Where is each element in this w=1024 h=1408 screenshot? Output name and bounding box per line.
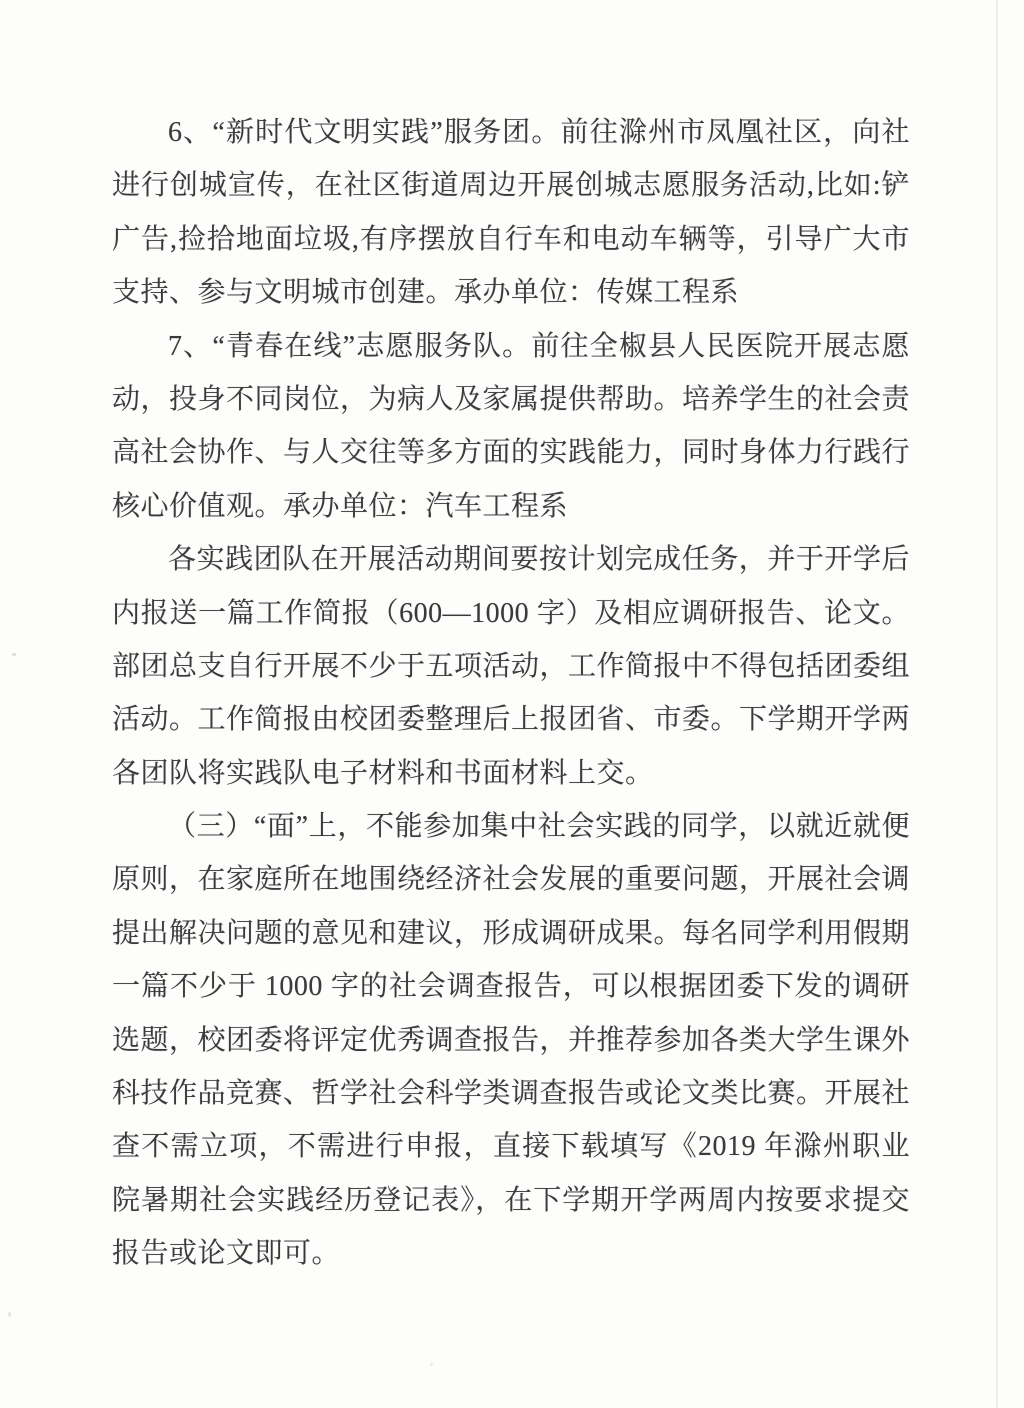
text-line: 选题，校团委将评定优秀调查报告，并推荐参加各类大学生课外学术 <box>112 1014 910 1067</box>
text-line: 进行创城宣传，在社区街道周边开展创城志愿服务活动,比如:铲除墙体小 <box>112 159 910 212</box>
scan-speck <box>8 1312 11 1317</box>
text-line: 支持、参与文明城市创建。承办单位：传媒工程系 <box>112 266 910 319</box>
text-line: （三）“面”上，不能参加集中社会实践的同学，以就近就便为 <box>112 800 910 853</box>
text-line: 提出解决问题的意见和建议，形成调研成果。每名同学利用假期完成 <box>112 907 910 960</box>
text-line: 动，投身不同岗位，为病人及家属提供帮助。培养学生的社会责任感，提 <box>112 373 910 426</box>
text-line: 院暑期社会实践经历登记表》，在下学期开学两周内按要求提交调查 <box>112 1174 910 1227</box>
text-line: 核心价值观。承办单位：汽车工程系 <box>112 480 910 533</box>
text-line: 6、“新时代文明实践”服务团。前往滁州市凤凰社区，向社区居民 <box>112 106 910 159</box>
text-line: 科技作品竞赛、哲学社会科学类调查报告或论文类比赛。开展社会调 <box>112 1067 910 1120</box>
paragraph-item-7: 7、“青春在线”志愿服务队。前往全椒县人民医院开展志愿服务活 动，投身不同岗位，… <box>112 320 910 534</box>
text-line: 内报送一篇工作简报（600—1000 字）及相应调研报告、论文。各系 <box>112 587 910 640</box>
text-line: 部团总支自行开展不少于五项活动，工作简报中不得包括团委组织的 <box>112 640 910 693</box>
text-line: 活动。工作简报由校团委整理后上报团省、市委。下学期开学两周内 <box>112 693 910 746</box>
text-line: 报告或论文即可。 <box>112 1227 910 1280</box>
text-line: 各团队将实践队电子材料和书面材料上交。 <box>112 747 910 800</box>
text-line: 原则，在家庭所在地围绕经济社会发展的重要问题，开展社会调查， <box>112 853 910 906</box>
paragraph-section-3-individual-survey: （三）“面”上，不能参加集中社会实践的同学，以就近就便为 原则，在家庭所在地围绕… <box>112 800 910 1281</box>
text-line: 一篇不少于 1000 字的社会调查报告，可以根据团委下发的调研题目 <box>112 960 910 1013</box>
text-line: 高社会协作、与人交往等多方面的实践能力，同时身体力行践行社会主义 <box>112 426 910 479</box>
paragraph-team-report-requirements: 各实践团队在开展活动期间要按计划完成任务，并于开学后两周 内报送一篇工作简报（6… <box>112 533 910 800</box>
text-line: 7、“青春在线”志愿服务队。前往全椒县人民医院开展志愿服务活 <box>112 320 910 373</box>
text-line: 广告,捡拾地面垃圾,有序摆放自行车和电动车辆等，引导广大市民关心、 <box>112 213 910 266</box>
document-body: 6、“新时代文明实践”服务团。前往滁州市凤凰社区，向社区居民 进行创城宣传，在社… <box>112 106 910 1281</box>
text-line: 查不需立项，不需进行申报，直接下载填写《2019 年滁州职业技术学 <box>112 1120 910 1173</box>
scan-speck <box>12 653 16 656</box>
scan-speck <box>430 1363 433 1366</box>
document-page: 6、“新时代文明实践”服务团。前往滁州市凤凰社区，向社区居民 进行创城宣传，在社… <box>0 0 1024 1408</box>
paragraph-item-6: 6、“新时代文明实践”服务团。前往滁州市凤凰社区，向社区居民 进行创城宣传，在社… <box>112 106 910 320</box>
text-line: 各实践团队在开展活动期间要按计划完成任务，并于开学后两周 <box>112 533 910 586</box>
scanner-edge-line <box>996 0 998 1408</box>
